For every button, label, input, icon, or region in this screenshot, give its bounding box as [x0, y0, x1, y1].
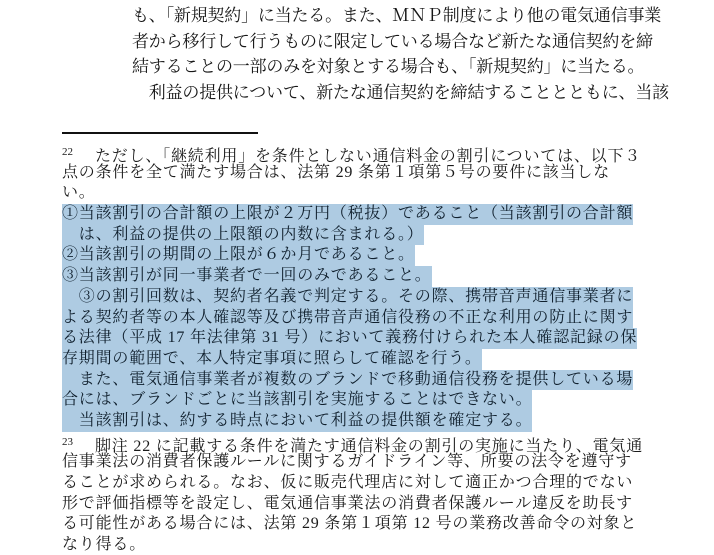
footnote-line: 23脚注 22 に記載する条件を満たす通信料金の割引の実施に当たり、電気通 — [62, 432, 662, 453]
text-selection-highlight: よる契約者等の本人確認等及び携帯音声通信役務の不正な利用の防止に関す — [62, 308, 633, 329]
footnote-line: 形で評価指標等を設定し、電気通信事業法の消費者保護ルール違反を助長す — [62, 494, 662, 515]
paragraph-line: 者から移行して行うものに限定している場合など新たな通信契約を締 — [132, 29, 692, 55]
footnote-separator — [62, 132, 258, 134]
footnote-23: 23脚注 22 に記載する条件を満たす通信料金の割引の実施に当たり、電気通信事業… — [62, 432, 662, 555]
paragraph-line: 利益の提供について、新たな通信契約を締結することとともに、当該 — [132, 80, 692, 106]
footnote-line: 信事業法の消費者保護ルールに関するガイドライン等、所要の法令を遵守す — [62, 452, 662, 473]
document-page: も、「新規契約」に当たる。また、ＭＮＰ制度により他の電気通信事業者から移行して行… — [0, 0, 714, 555]
text-selection-highlight: 合には、ブランドごとに当該割引を実施することはできない。 — [62, 390, 532, 411]
footnote-line: る可能性がある場合には、法第 29 条第１項第 12 号の業務改善命令の対象と — [62, 514, 662, 535]
footnote-text: い。 — [62, 184, 96, 201]
text-selection-highlight: ①当該割引の合計額の上限が２万円（税抜）であること（当該割引の合計額 — [62, 204, 633, 225]
footnote-text: 信事業法の消費者保護ルールに関するガイドライン等、所要の法令を遵守す — [62, 453, 632, 470]
text-selection-highlight: ②当該割引の期間の上限が６か月であること。 — [62, 245, 415, 266]
footnotes-section: 22ただし、「継続利用」を条件としない通信料金の割引については、以下３点の条件を… — [62, 142, 662, 555]
footnote-text: 形で評価指標等を設定し、電気通信事業法の消費者保護ルール違反を助長す — [62, 495, 633, 512]
footnote-line-highlighted: る法律（平成 17 年法律第 31 号）において義務付けられた本人確認記録の保 — [62, 328, 662, 349]
footnote-line: ることが求められる。なお、仮に販売代理店に対して適正かつ合理的でない — [62, 473, 662, 494]
footnote-text: る可能性がある場合には、法第 29 条第１項第 12 号の業務改善命令の対象と — [62, 515, 637, 532]
paragraph-line: も、「新規契約」に当たる。また、ＭＮＰ制度により他の電気通信事業 — [132, 3, 692, 29]
text-selection-highlight: は、利益の提供の上限額の内数に含まれる。） — [62, 225, 424, 246]
text-selection-highlight: 当該割引は、約する時点において利益の提供額を確定する。 — [62, 411, 532, 432]
footnote-line-highlighted: ③当該割引が同一事業者で一回のみであること。 — [62, 266, 662, 287]
footnote-line-highlighted: は、利益の提供の上限額の内数に含まれる。） — [62, 225, 662, 246]
footnote-line-highlighted: 合には、ブランドごとに当該割引を実施することはできない。 — [62, 390, 662, 411]
footnote-text: 点の条件を全て満たす場合は、法第 29 条第１項第５号の要件に該当しな — [62, 164, 610, 181]
footnote-line: 点の条件を全て満たす場合は、法第 29 条第１項第５号の要件に該当しな — [62, 163, 662, 184]
footnote-line-highlighted: ②当該割引の期間の上限が６か月であること。 — [62, 245, 662, 266]
footnote-marker: 22 — [62, 142, 95, 163]
text-selection-highlight: 存期間の範囲で、本人特定事項に照らして確認を行う。 — [62, 349, 482, 370]
paragraph-line: 結することの一部のみを対象とする場合も、「新規契約」に当たる。 — [132, 54, 692, 80]
text-selection-highlight: ③当該割引が同一事業者で一回のみであること。 — [62, 266, 432, 287]
main-paragraph: も、「新規契約」に当たる。また、ＭＮＰ制度により他の電気通信事業者から移行して行… — [132, 3, 692, 105]
text-selection-highlight: る法律（平成 17 年法律第 31 号）において義務付けられた本人確認記録の保 — [62, 328, 637, 349]
footnote-line-highlighted: よる契約者等の本人確認等及び携帯音声通信役務の不正な利用の防止に関す — [62, 308, 662, 329]
footnote-line: なり得る。 — [62, 535, 662, 555]
footnote-line: 22ただし、「継続利用」を条件としない通信料金の割引については、以下３ — [62, 142, 662, 163]
footnote-marker: 23 — [62, 432, 95, 453]
text-selection-highlight: また、電気通信事業者が複数のブランドで移動通信役務を提供している場 — [62, 370, 633, 391]
footnote-text: なり得る。 — [62, 536, 146, 553]
footnote-line-highlighted: また、電気通信事業者が複数のブランドで移動通信役務を提供している場 — [62, 370, 662, 391]
footnote-text: ることが求められる。なお、仮に販売代理店に対して適正かつ合理的でない — [62, 474, 633, 491]
footnote-line-highlighted: 存期間の範囲で、本人特定事項に照らして確認を行う。 — [62, 349, 662, 370]
footnote-line-highlighted: ③の割引回数は、契約者名義で判定する。その際、携帯音声通信事業者に — [62, 287, 662, 308]
footnote-22: 22ただし、「継続利用」を条件としない通信料金の割引については、以下３点の条件を… — [62, 142, 662, 432]
footnote-line-highlighted: 当該割引は、約する時点において利益の提供額を確定する。 — [62, 411, 662, 432]
text-selection-highlight: ③の割引回数は、契約者名義で判定する。その際、携帯音声通信事業者に — [62, 287, 633, 308]
footnote-line: い。 — [62, 183, 662, 204]
footnote-line-highlighted: ①当該割引の合計額の上限が２万円（税抜）であること（当該割引の合計額 — [62, 204, 662, 225]
